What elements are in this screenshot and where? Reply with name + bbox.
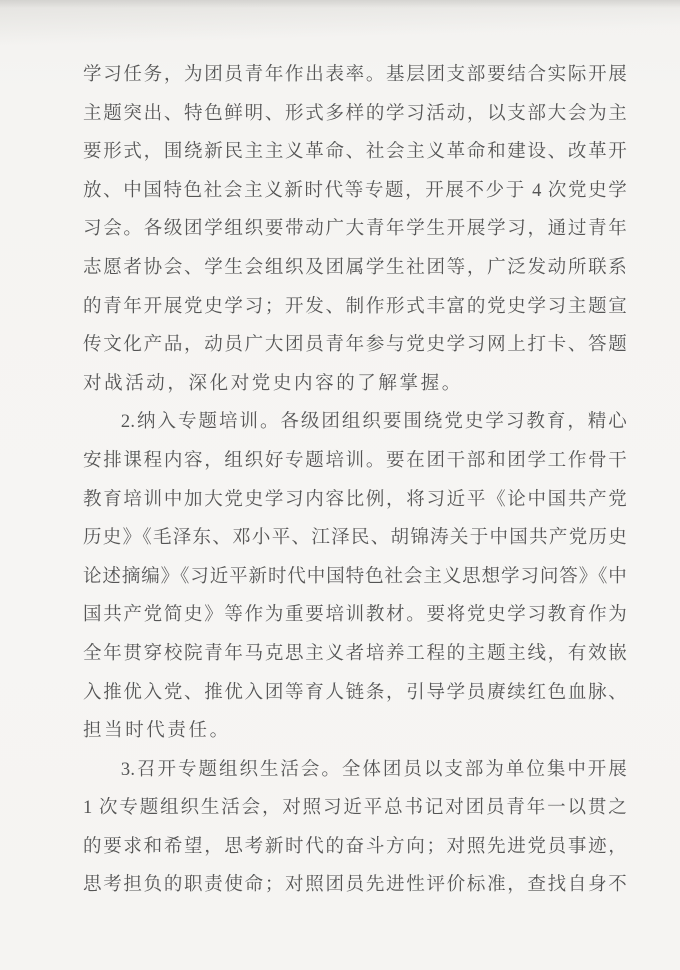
text-line: 要形式，围绕新民主主义革命、社会主义革命和建设、改革开 [83,133,627,172]
scanned-document-screenshot: { "colors": { "paper": "#f5f4f2", "ink":… [0,0,680,970]
text-line: 全年贯穿校院青年马克思主义者培养工程的主题主线，有效嵌 [83,635,627,674]
text-line: 国共产党简史》等作为重要培训教材。要将党史学习教育作为 [83,596,627,635]
text-line: 3.召开专题组织生活会。全体团员以支部为单位集中开展 [83,751,627,790]
text-line: 对战活动，深化对党史内容的了解掌握。 [83,365,627,404]
text-line: 1 次专题组织生活会，对照习近平总书记对团员青年一以贯之 [83,789,627,828]
text-line: 安排课程内容，组织好专题培训。要在团干部和团学工作骨干 [83,442,627,481]
text-line: 担当时代责任。 [83,712,627,751]
document-page: 学习任务，为团员青年作出表率。基层团支部要结合实际开展主题突出、特色鲜明、形式多… [0,0,680,970]
text-line: 的要求和希望，思考新时代的奋斗方向；对照先进党员事迹， [83,828,627,867]
text-line: 论述摘编》《习近平新时代中国特色社会主义思想学习问答》《中 [83,558,627,597]
text-line: 习会。各级团学组织要带动广大青年学生开展学习，通过青年 [83,210,627,249]
text-line: 教育培训中加大党史学习内容比例，将习近平《论中国共产党 [83,481,627,520]
text-line: 2.纳入专题培训。各级团组织要围绕党史学习教育，精心 [83,403,627,442]
text-line: 历史》《毛泽东、邓小平、江泽民、胡锦涛关于中国共产党历史 [83,519,627,558]
text-line: 的青年开展党史学习；开发、制作形式丰富的党史学习主题宣 [83,288,627,327]
text-line: 学习任务，为团员青年作出表率。基层团支部要结合实际开展 [83,56,627,95]
text-line: 志愿者协会、学生会组织及团属学生社团等，广泛发动所联系 [83,249,627,288]
text-line: 主题突出、特色鲜明、形式多样的学习活动，以支部大会为主 [83,95,627,134]
text-line: 传文化产品，动员广大团员青年参与党史学习网上打卡、答题 [83,326,627,365]
text-line: 放、中国特色社会主义新时代等专题，开展不少于 4 次党史学 [83,172,627,211]
scan-edge-top [0,0,680,8]
document-body: 学习任务，为团员青年作出表率。基层团支部要结合实际开展主题突出、特色鲜明、形式多… [83,56,627,905]
text-line: 入推优入党、推优入团等育人链条，引导学员赓续红色血脉、 [83,674,627,713]
text-line: 思考担负的职责使命；对照团员先进性评价标准，查找自身不 [83,866,627,905]
